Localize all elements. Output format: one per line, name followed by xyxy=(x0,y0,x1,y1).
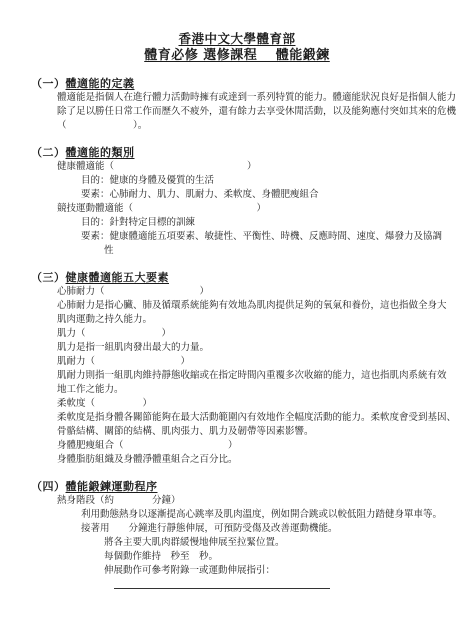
fill-in-blank-line xyxy=(114,588,330,589)
page-title: 香港中文大學體育部 xyxy=(0,30,474,47)
section-title: 健康體適能五大要素 xyxy=(66,271,170,284)
text-line-fill-blank: （ ）。 xyxy=(57,119,474,133)
document-page: 香港中文大學體育部 體育必修 選修課程 體能鍛鍊 （一）體適能的定義 體適能是指… xyxy=(0,0,474,632)
document-body: （一）體適能的定義 體適能是指個人在進行體力活動時擁有或達到一系列特質的能力。體… xyxy=(0,76,474,589)
section-categories: （二）體適能的類別 健康體適能（ ） 目的：健康的身體及優質的生活 要素：心肺耐… xyxy=(0,145,474,258)
section-heading: （一）體適能的定義 xyxy=(31,76,474,91)
section-five-elements: （三）健康體適能五大要素 心肺耐力（ ） 心肺耐力是指心臟、肺及循環系統能夠有效… xyxy=(0,270,474,467)
text-line-fill-blank: 接著用 分鐘進行靜態伸展，可預防受傷及改善運動機能。 xyxy=(81,522,474,536)
text-line: 除了足以勝任日常工作而歷久不疲外，還有餘力去享受休閒活動，以及能夠應付突如其來的… xyxy=(57,105,474,119)
text-line-fill-blank: 熱身階段（約 分鐘） xyxy=(57,494,474,508)
page-subtitle: 體育必修 選修課程 體能鍛鍊 xyxy=(0,47,474,64)
text-line: 性 xyxy=(104,244,474,258)
text-line-fill-blank: 身體肥瘦組合（ ） xyxy=(57,439,474,453)
text-line: 要素：心肺耐力、肌力、肌耐力、柔軟度、身體肥瘦組合 xyxy=(81,188,474,202)
text-line-fill-blank: 競技運動體適能（ ） xyxy=(57,202,474,216)
section-title: 體適能的類別 xyxy=(66,146,135,159)
text-line-fill-blank: 柔軟度（ ） xyxy=(57,397,474,411)
section-title: 體適能的定義 xyxy=(66,77,135,90)
section-number: （三） xyxy=(31,271,66,284)
text-line-fill-blank: 每個動作維持 秒至 秒。 xyxy=(104,550,474,564)
section-title: 體能鍛鍊運動程序 xyxy=(66,480,158,493)
text-line: 骨骼結構、關節的結構、肌肉張力、肌力及韌帶等因素影響。 xyxy=(57,425,474,439)
text-line: 利用動態熱身以逐漸提高心跳率及肌肉溫度，例如開合跳或以較低阻力踏健身單車等。 xyxy=(81,508,474,522)
text-line: 目的：健康的身體及優質的生活 xyxy=(81,174,474,188)
text-line-fill-blank: 心肺耐力（ ） xyxy=(57,285,474,299)
section-number: （一） xyxy=(31,77,66,90)
text-line: 目的：針對特定目標的訓練 xyxy=(81,216,474,230)
text-line: 肌力是指一組肌肉發出最大的力量。 xyxy=(57,341,474,355)
section-number: （二） xyxy=(31,146,66,159)
text-line: 身體脂肪組織及身體淨體重組合之百分比。 xyxy=(57,453,474,467)
text-line: 將各主要大肌肉群緩慢地伸展至拉緊位置。 xyxy=(104,536,474,550)
section-exercise-procedure: （四）體能鍛鍊運動程序 熱身階段（約 分鐘） 利用動態熱身以逐漸提高心跳率及肌肉… xyxy=(0,479,474,589)
text-line: 肌耐力則指一組肌肉維持靜態收縮或在指定時間內重覆多次收縮的能力，這也指肌肉系統有… xyxy=(57,369,474,383)
section-heading: （三）健康體適能五大要素 xyxy=(31,270,474,285)
text-line-fill-blank: 健康體適能（ ） xyxy=(57,160,474,174)
section-heading: （二）體適能的類別 xyxy=(31,145,474,160)
text-line: 地工作之能力。 xyxy=(57,383,474,397)
section-number: （四） xyxy=(31,480,66,493)
section-heading: （四）體能鍛鍊運動程序 xyxy=(31,479,474,494)
text-line-fill-blank: 肌耐力（ ） xyxy=(57,355,474,369)
section-definition: （一）體適能的定義 體適能是指個人在進行體力活動時擁有或達到一系列特質的能力。體… xyxy=(0,76,474,133)
document-header: 香港中文大學體育部 體育必修 選修課程 體能鍛鍊 xyxy=(0,0,474,64)
text-line: 伸展動作可參考附錄一或運動伸展指引： xyxy=(104,564,474,578)
text-line: 要素：健康體適能五項要素、敏捷性、平衡性、時機、反應時間、速度、爆發力及協調 xyxy=(81,230,474,244)
text-line: 柔軟度是指身體各關節能夠在最大活動範圍內有效地作全幅度活動的能力。柔軟度會受到基… xyxy=(57,411,474,425)
text-line: 肌肉運動之持久能力。 xyxy=(57,313,474,327)
text-line: 心肺耐力是指心臟、肺及循環系統能夠有效地為肌肉提供足夠的氧氣和養份，這也指做全身… xyxy=(57,299,474,313)
text-line: 體適能是指個人在進行體力活動時擁有或達到一系列特質的能力。體適能狀況良好是指個人… xyxy=(57,91,474,105)
text-line-fill-blank: 肌力（ ） xyxy=(57,327,474,341)
